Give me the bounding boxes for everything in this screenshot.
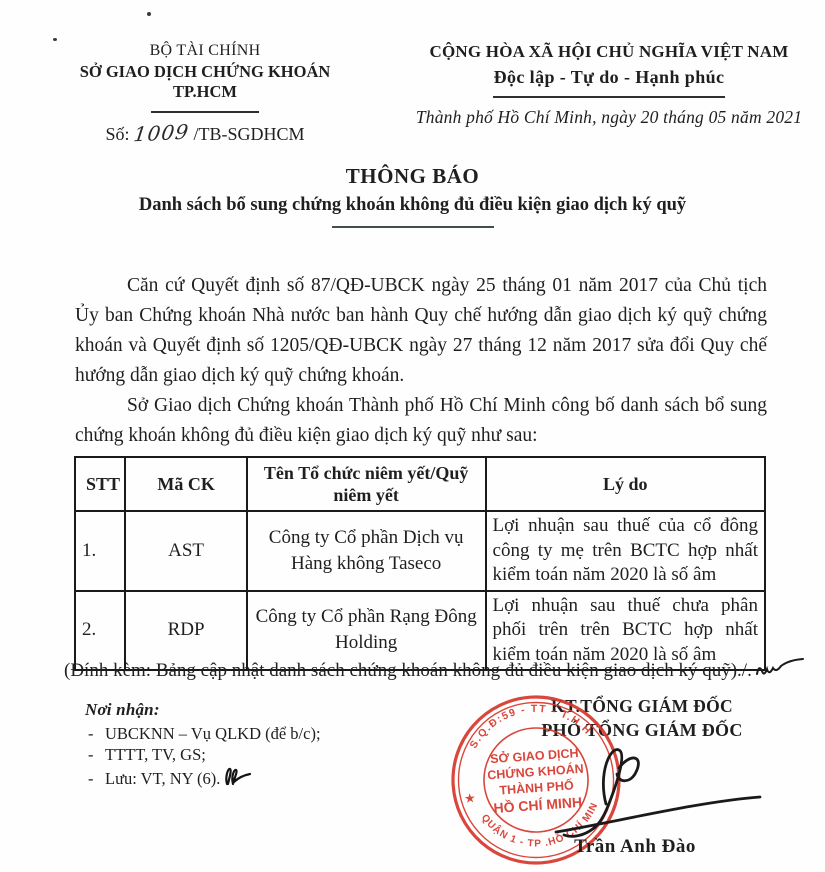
body-text: Căn cứ Quyết định số 87/QĐ-UBCK ngày 25 …: [75, 271, 767, 451]
paragraph-legal-basis: Căn cứ Quyết định số 87/QĐ-UBCK ngày 25 …: [75, 271, 767, 391]
scan-artifact-dot: [53, 38, 57, 41]
document-subtitle: Danh sách bổ sung chứng khoán không đủ đ…: [0, 195, 825, 216]
col-header-ly-do: Lý do: [486, 457, 765, 511]
issuer-header: BỘ TÀI CHÍNH SỞ GIAO DỊCH CHỨNG KHOÁN TP…: [55, 42, 355, 145]
recipients-block: Nơi nhận: -UBCKNN – Vụ QLKD (để b/c); -T…: [85, 700, 385, 790]
title-underline: [332, 226, 494, 228]
list-item: -Lưu: VT, NY (6).: [85, 765, 385, 790]
doc-number-suffix: /TB-SGDHCM: [193, 124, 304, 144]
header-right-rule: [493, 96, 725, 98]
list-item: -TTTT, TV, GS;: [85, 745, 385, 766]
recipient-text: UBCKNN – Vụ QLKD (để b/c);: [105, 724, 321, 743]
handwritten-initial-icon: [754, 654, 806, 680]
list-bullet: -: [85, 745, 105, 766]
signature-scrawl: [528, 738, 778, 848]
stamp-star-icon: ★: [464, 790, 477, 806]
cell-ly-do: Lợi nhuận sau thuế của cổ đông công ty m…: [486, 511, 765, 591]
col-header-ten-to-chuc: Tên Tổ chức niêm yết/Quỹ niêm yết: [247, 457, 486, 511]
list-bullet: -: [85, 769, 105, 790]
scan-artifact-dot: [147, 12, 151, 16]
attachment-note: (Đính kèm: Bảng cập nhật danh sách chứng…: [64, 654, 824, 682]
col-header-ma-ck: Mã CK: [125, 457, 246, 511]
document-title: THÔNG BÁO: [0, 164, 825, 189]
place-date-line: Thành phố Hồ Chí Minh, ngày 20 tháng 05 …: [400, 107, 818, 128]
list-bullet: -: [85, 724, 105, 745]
table-header-row: STT Mã CK Tên Tổ chức niêm yết/Quỹ niêm …: [75, 457, 765, 511]
ministry-name: BỘ TÀI CHÍNH: [55, 42, 355, 60]
document-page: BỘ TÀI CHÍNH SỞ GIAO DỊCH CHỨNG KHOÁN TP…: [0, 0, 825, 872]
national-motto: Độc lập - Tự do - Hạnh phúc: [400, 67, 818, 88]
header-left-rule: [151, 111, 259, 113]
recipient-text: Lưu: VT, NY (6).: [105, 769, 220, 788]
cell-ten: Công ty Cổ phần Dịch vụ Hàng không Tasec…: [247, 511, 486, 591]
recipients-list: -UBCKNN – Vụ QLKD (để b/c); -TTTT, TV, G…: [85, 724, 385, 790]
country-name: CỘNG HÒA XÃ HỘI CHỦ NGHĨA VIỆT NAM: [400, 42, 818, 62]
recipients-title: Nơi nhận:: [85, 700, 385, 720]
table-row: 1. AST Công ty Cổ phần Dịch vụ Hàng khôn…: [75, 511, 765, 591]
document-title-block: THÔNG BÁO Danh sách bổ sung chứng khoán …: [0, 164, 825, 228]
list-item: -UBCKNN – Vụ QLKD (để b/c);: [85, 724, 385, 745]
securities-table: STT Mã CK Tên Tổ chức niêm yết/Quỹ niêm …: [74, 456, 766, 671]
signer-name: Trần Anh Đào: [520, 836, 750, 858]
recipient-text: TTTT, TV, GS;: [105, 745, 206, 764]
handwritten-initial-icon: [221, 765, 255, 789]
document-number: Số: 1009 /TB-SGDHCM: [55, 121, 355, 145]
doc-number-handwritten: 1009: [132, 120, 190, 147]
agency-name: SỞ GIAO DỊCH CHỨNG KHOÁN TP.HCM: [55, 62, 355, 102]
col-header-stt: STT: [75, 457, 125, 511]
attachment-note-text: (Đính kèm: Bảng cập nhật danh sách chứng…: [64, 660, 752, 681]
paragraph-announcement: Sở Giao dịch Chứng khoán Thành phố Hồ Ch…: [75, 391, 767, 451]
cell-stt: 1.: [75, 511, 125, 591]
national-motto-header: CỘNG HÒA XÃ HỘI CHỦ NGHĨA VIỆT NAM Độc l…: [400, 42, 818, 128]
cell-ma-ck: AST: [125, 511, 246, 591]
doc-number-prefix: Số:: [106, 124, 130, 144]
